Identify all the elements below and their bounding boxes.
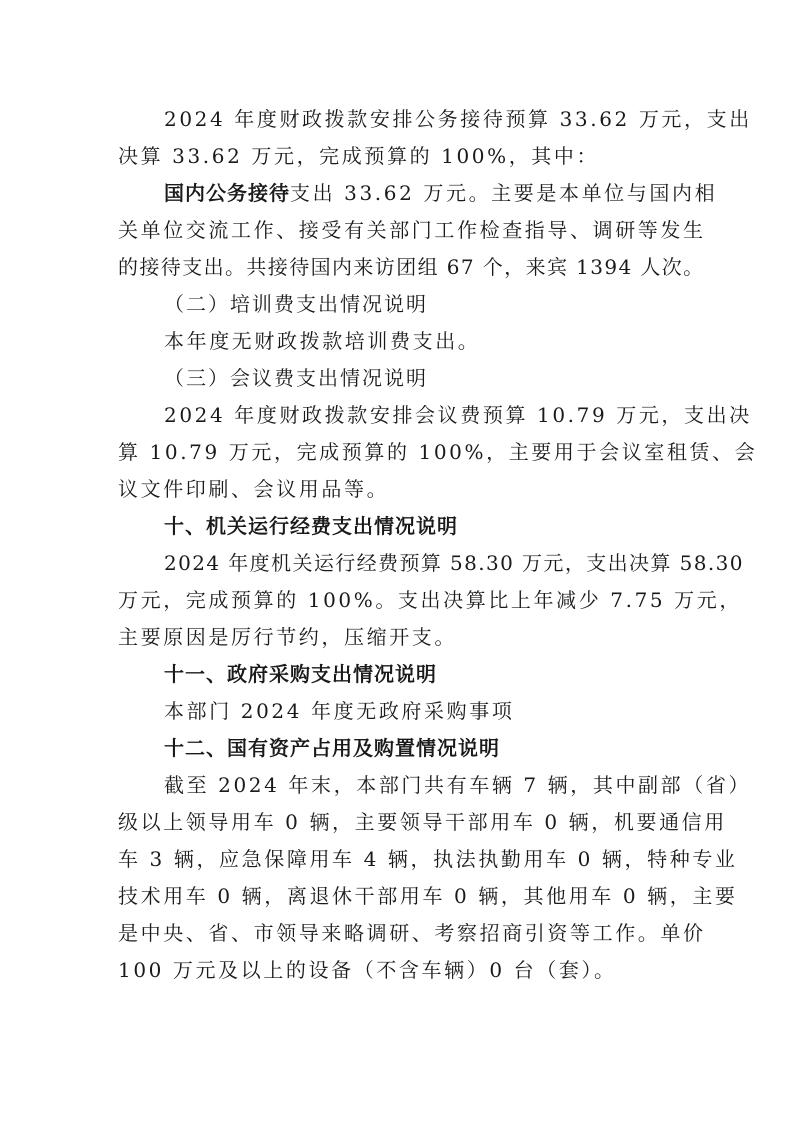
paragraph-operating-costs-line-2: 万元，完成预算的 100%。支出决算比上年减少 7.75 万元， — [118, 582, 672, 619]
subheading-training-fee: （二）培训费支出情况说明 — [118, 286, 672, 323]
paragraph-assets-line-6: 100 万元及以上的设备（不含车辆）0 台（套）。 — [118, 952, 672, 989]
document-page: 2024 年度财政拨款安排公务接待预算 33.62 万元，支出 决算 33.62… — [118, 101, 672, 989]
heading-section-11: 十一、政府采购支出情况说明 — [118, 656, 672, 693]
paragraph-domestic-reception-line-3: 的接待支出。共接待国内来访团组 67 个，来宾 1394 人次。 — [118, 249, 672, 286]
paragraph-assets-line-2: 级以上领导用车 0 辆，主要领导干部用车 0 辆，机要通信用 — [118, 804, 672, 841]
paragraph-training-fee: 本年度无财政拨款培训费支出。 — [118, 323, 672, 360]
heading-section-10: 十、机关运行经费支出情况说明 — [118, 508, 672, 545]
paragraph-domestic-reception-line-1: 国内公务接待支出 33.62 万元。主要是本单位与国内相 — [118, 175, 672, 212]
domestic-reception-text: 支出 33.62 万元。主要是本单位与国内相 — [290, 181, 717, 205]
paragraph-reception-budget-line-1: 2024 年度财政拨款安排公务接待预算 33.62 万元，支出 — [118, 101, 672, 138]
subheading-meeting-fee: （三）会议费支出情况说明 — [118, 360, 672, 397]
paragraph-assets-line-5: 是中央、省、市领导来略调研、考察招商引资等工作。单价 — [118, 915, 672, 952]
paragraph-assets-line-1: 截至 2024 年末，本部门共有车辆 7 辆，其中副部（省） — [118, 767, 672, 804]
paragraph-procurement: 本部门 2024 年度无政府采购事项 — [118, 693, 672, 730]
paragraph-reception-budget-line-2: 决算 33.62 万元，完成预算的 100%，其中： — [118, 138, 672, 175]
bold-lead-domestic-reception: 国内公务接待 — [164, 181, 290, 205]
paragraph-meeting-fee-line-2: 算 10.79 万元，完成预算的 100%，主要用于会议室租赁、会 — [118, 434, 672, 471]
paragraph-assets-line-4: 技术用车 0 辆，离退休干部用车 0 辆，其他用车 0 辆，主要 — [118, 878, 672, 915]
paragraph-meeting-fee-line-3: 议文件印刷、会议用品等。 — [118, 471, 672, 508]
paragraph-meeting-fee-line-1: 2024 年度财政拨款安排会议费预算 10.79 万元，支出决 — [118, 397, 672, 434]
paragraph-operating-costs-line-3: 主要原因是厉行节约，压缩开支。 — [118, 619, 672, 656]
paragraph-operating-costs-line-1: 2024 年度机关运行经费预算 58.30 万元，支出决算 58.30 — [118, 545, 672, 582]
paragraph-domestic-reception-line-2: 关单位交流工作、接受有关部门工作检查指导、调研等发生 — [118, 212, 672, 249]
heading-section-12: 十二、国有资产占用及购置情况说明 — [118, 730, 672, 767]
paragraph-assets-line-3: 车 3 辆，应急保障用车 4 辆，执法执勤用车 0 辆，特种专业 — [118, 841, 672, 878]
